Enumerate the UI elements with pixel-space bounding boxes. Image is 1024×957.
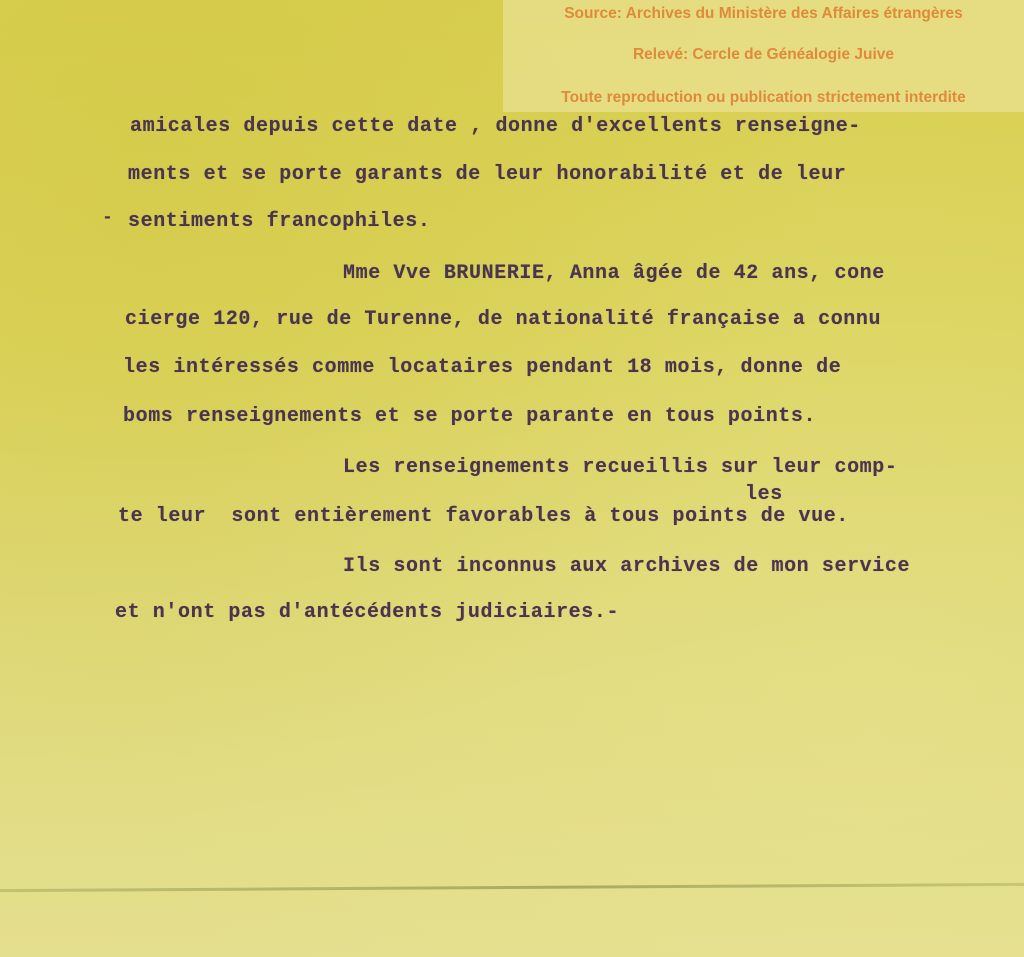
text-line: boms renseignements et se porte parante … — [123, 405, 816, 428]
archive-watermark: Source: Archives du Ministère des Affair… — [503, 0, 1024, 112]
watermark-source: Source: Archives du Ministère des Affair… — [503, 5, 1024, 23]
text-line: amicales depuis cette date , donne d'exc… — [130, 115, 861, 138]
text-line: cierge 120, rue de Turenne, de nationali… — [125, 308, 881, 331]
text-line: te leur sont entièrement favorables à to… — [118, 505, 849, 528]
text-line: et n'ont pas d'antécédents judiciaires.- — [115, 601, 619, 624]
text-line: Ils sont inconnus aux archives de mon se… — [343, 555, 910, 578]
text-line: les intéressés comme locataires pendant … — [123, 356, 841, 379]
watermark-rights: Toute reproduction ou publication strict… — [503, 89, 1024, 107]
margin-mark: - — [102, 208, 113, 228]
text-line: Mme Vve BRUNERIE, Anna âgée de 42 ans, c… — [343, 262, 885, 285]
text-line: sentiments francophiles. — [128, 210, 430, 233]
paper-fold-line — [0, 883, 1024, 892]
interlinear-insertion: les — [745, 483, 783, 506]
text-line: Les renseignements recueillis sur leur c… — [343, 456, 898, 479]
watermark-releve: Relevé: Cercle de Généalogie Juive — [503, 46, 1024, 64]
text-line: ments et se porte garants de leur honora… — [128, 163, 846, 186]
